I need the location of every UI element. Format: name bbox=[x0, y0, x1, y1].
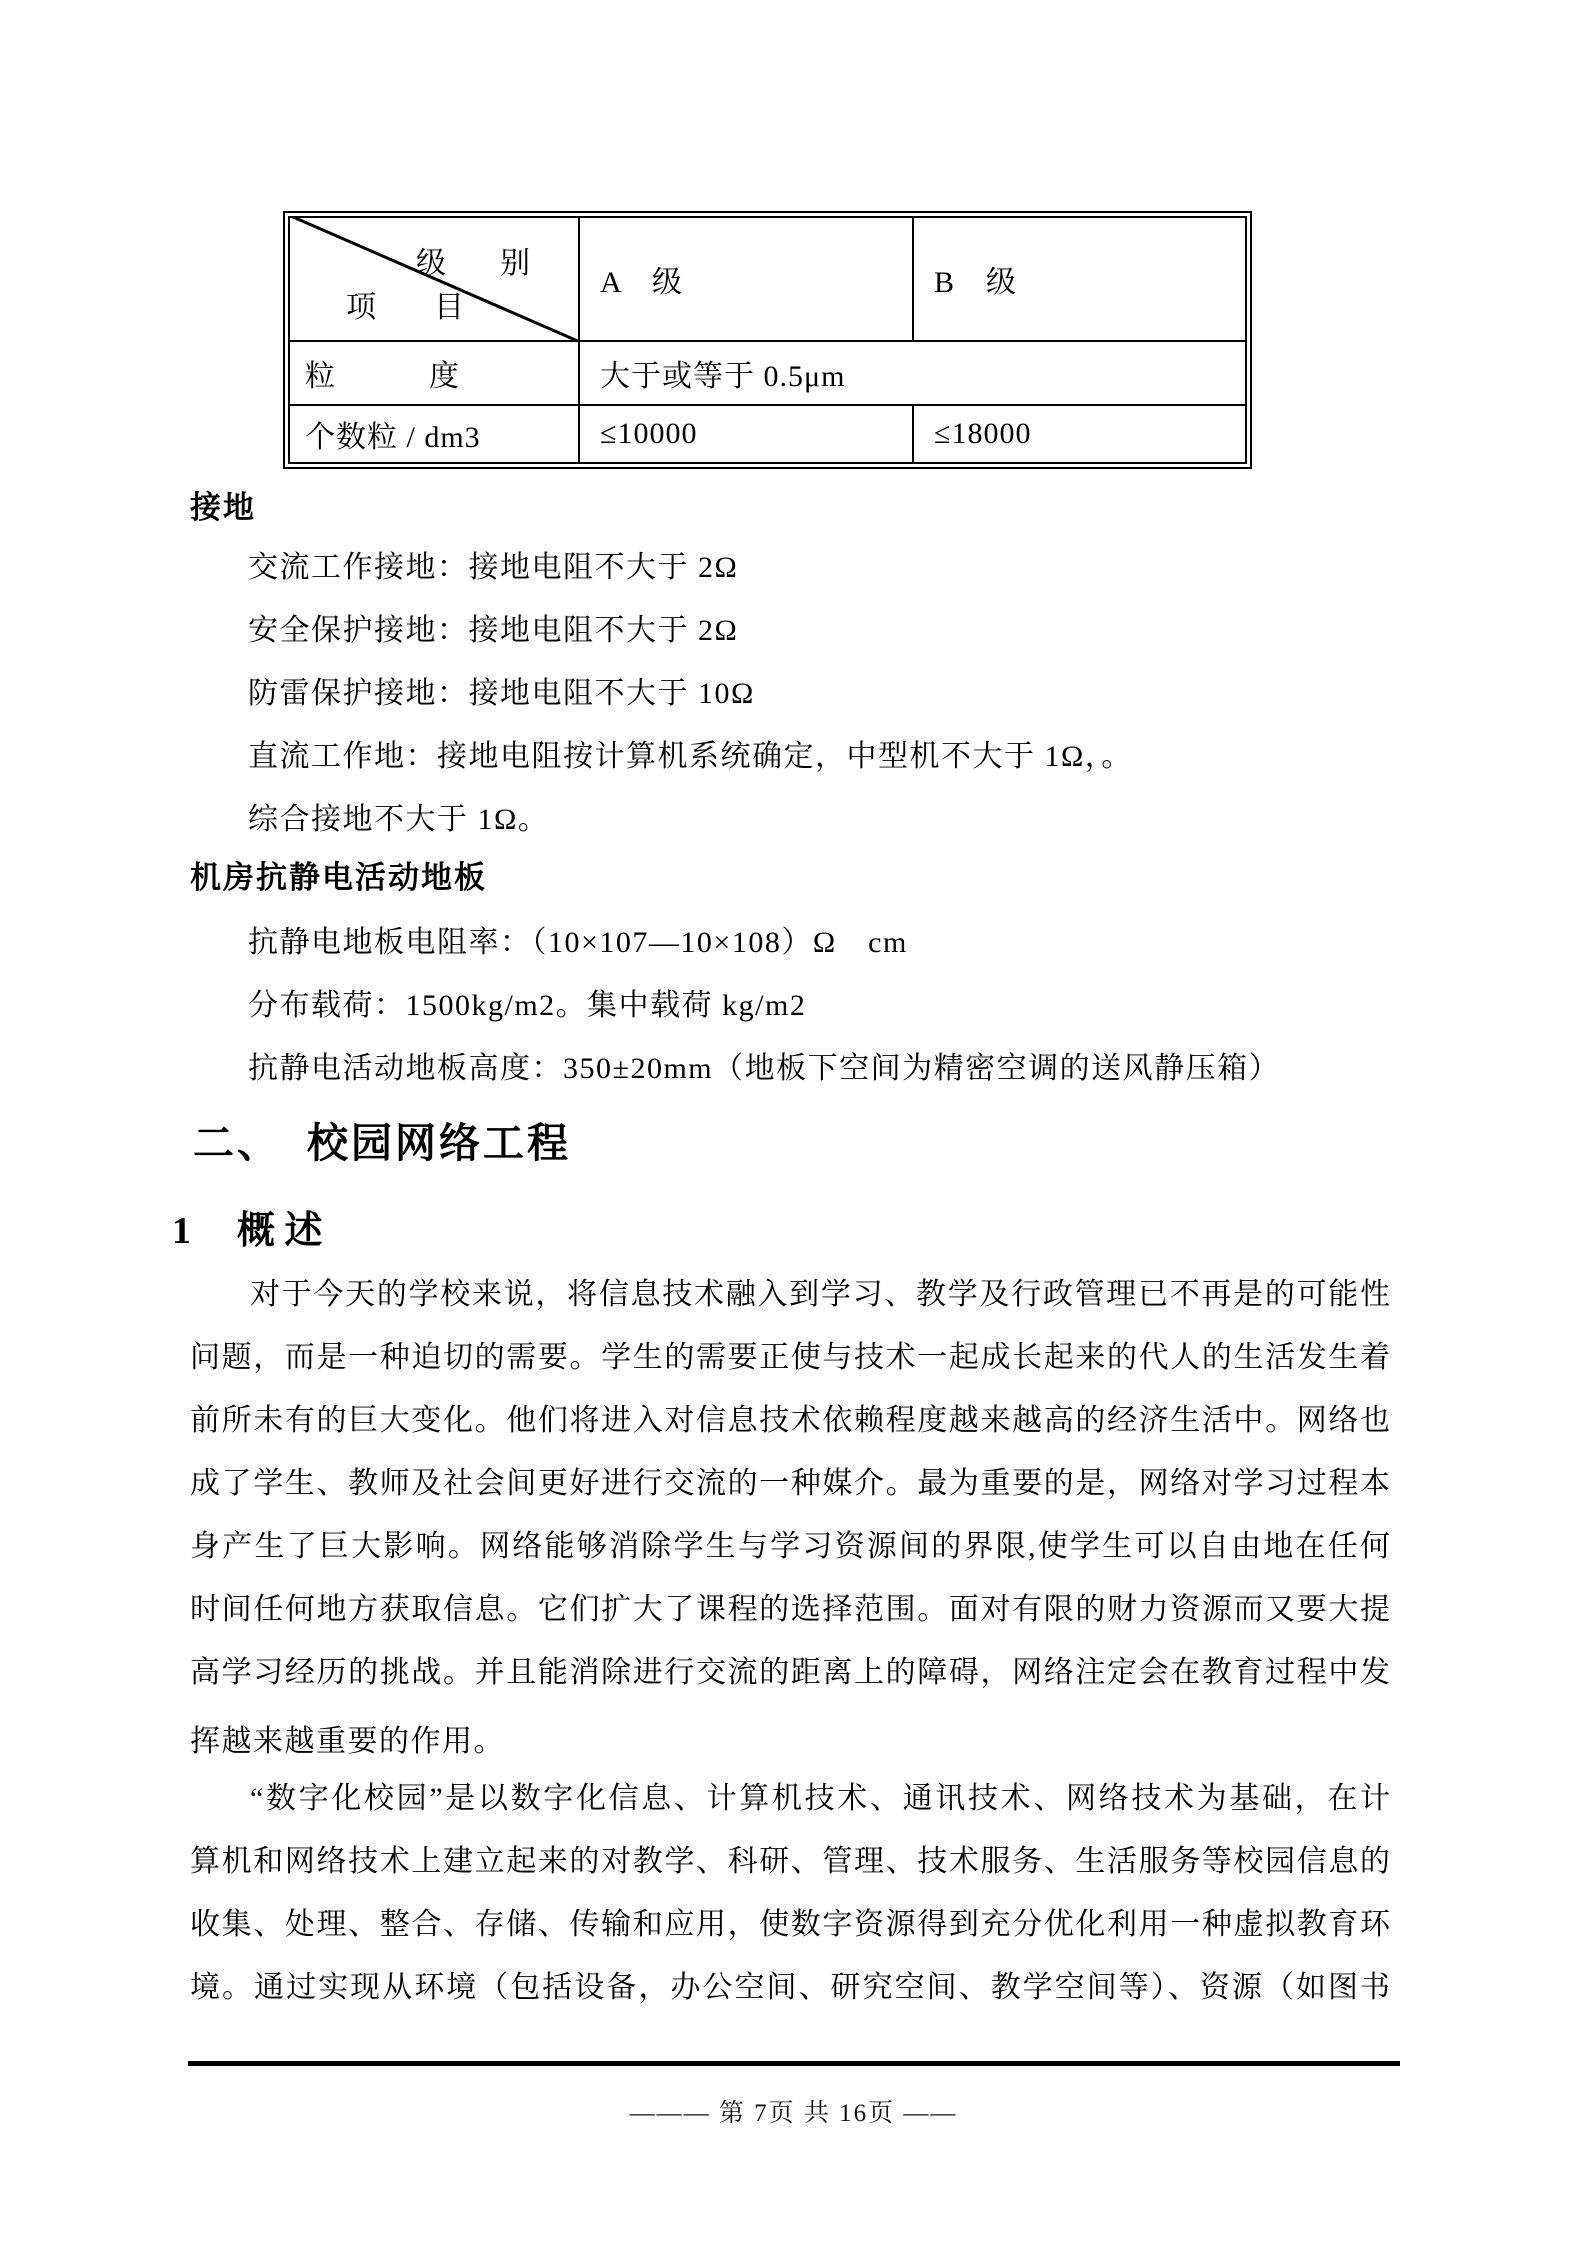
spec-line: 抗静电地板电阻率：（10×107—10×108）Ω cm bbox=[248, 924, 908, 962]
row-granularity-value: 大于或等于 0.5μm bbox=[579, 341, 1246, 405]
spec-table: 级 别 项 目 A 级 B 级 粒 度 大于或等于 0.5μm 个数粒 / dm… bbox=[283, 211, 1252, 469]
row-particles-value-a: ≤10000 bbox=[579, 405, 913, 463]
table-corner-cell: 级 别 项 目 bbox=[289, 217, 579, 341]
chapter-number: 二、 bbox=[193, 1120, 281, 1166]
spec-line: 分布载荷：1500kg/m2。集中载荷 kg/m2 bbox=[248, 987, 806, 1025]
paragraph-line: 境。通过实现从环境（包括设备，办公空间、研究空间、教学空间等）、资源（如图书 bbox=[190, 1968, 1390, 2008]
footer-divider bbox=[188, 2061, 1400, 2066]
document-page: 级 别 项 目 A 级 B 级 粒 度 大于或等于 0.5μm 个数粒 / dm… bbox=[0, 0, 1587, 2245]
spec-line: 防雷保护接地：接地电阻不大于 10Ω bbox=[248, 675, 755, 713]
chapter-title: 校园网络工程 bbox=[307, 1120, 571, 1166]
spec-line: 抗静电活动地板高度：350±20mm（地板下空间为精密空调的送风静压箱） bbox=[248, 1050, 1280, 1088]
row-granularity-label: 粒 度 bbox=[289, 341, 579, 405]
paragraph-line: 挥越来越重要的作用。 bbox=[190, 1716, 505, 1760]
paragraph-line: 高学习经历的挑战。并且能消除进行交流的距离上的障碍，网络注定会在教育过程中发 bbox=[190, 1653, 1390, 1693]
paragraph-line: 前所未有的巨大变化。他们将进入对信息技术依赖程度越来越高的经济生活中。网络也 bbox=[190, 1401, 1390, 1441]
table-header-grade-b: B 级 bbox=[913, 217, 1246, 341]
paragraph-line: 问题，而是一种迫切的需要。学生的需要正使与技术一起成长起来的代人的生活发生着 bbox=[190, 1338, 1390, 1378]
spec-line: 交流工作接地：接地电阻不大于 2Ω bbox=[248, 549, 738, 587]
paragraph-line: 算机和网络技术上建立起来的对教学、科研、管理、技术服务、生活服务等校园信息的 bbox=[190, 1842, 1390, 1882]
heading-antistatic-floor: 机房抗静电活动地板 bbox=[190, 859, 487, 897]
table-header-grade-a: A 级 bbox=[579, 217, 913, 341]
section-heading: 1概 述 bbox=[172, 1199, 323, 1254]
paragraph-line: 收集、处理、整合、存储、传输和应用，使数字资源得到充分优化利用一种虚拟教育环 bbox=[190, 1905, 1390, 1945]
corner-label-level: 级 别 bbox=[416, 238, 542, 282]
row-particles-value-b: ≤18000 bbox=[913, 405, 1246, 463]
row-particles-label: 个数粒 / dm3 bbox=[289, 405, 579, 463]
heading-grounding: 接地 bbox=[190, 489, 256, 527]
page-number: ——— 第 7页 共 16页 —— bbox=[0, 2093, 1587, 2129]
spec-line: 直流工作地：接地电阻按计算机系统确定，中型机不大于 1Ω，。 bbox=[248, 738, 1133, 776]
spec-line: 综合接地不大于 1Ω。 bbox=[248, 801, 549, 839]
paragraph-line: “数字化校园”是以数字化信息、计算机技术、通讯技术、网络技术为基础，在计 bbox=[250, 1779, 1390, 1819]
chapter-heading: 二、校园网络工程 bbox=[193, 1110, 571, 1169]
section-number: 1 bbox=[172, 1210, 191, 1252]
paragraph-line: 对于今天的学校来说，将信息技术融入到学习、教学及行政管理已不再是的可能性 bbox=[250, 1275, 1390, 1315]
corner-label-item: 项 目 bbox=[346, 282, 478, 326]
paragraph-line: 身产生了巨大影响。网络能够消除学生与学习资源间的界限,使学生可以自由地在任何 bbox=[190, 1527, 1390, 1567]
spec-table-grid: 级 别 项 目 A 级 B 级 粒 度 大于或等于 0.5μm 个数粒 / dm… bbox=[288, 216, 1247, 464]
table-row: 粒 度 大于或等于 0.5μm bbox=[289, 341, 1246, 405]
section-title: 概 述 bbox=[237, 1210, 323, 1252]
table-row: 个数粒 / dm3 ≤10000 ≤18000 bbox=[289, 405, 1246, 463]
spec-line: 安全保护接地：接地电阻不大于 2Ω bbox=[248, 612, 738, 650]
paragraph-line: 时间任何地方获取信息。它们扩大了课程的选择范围。面对有限的财力资源而又要大提 bbox=[190, 1590, 1390, 1630]
paragraph-line: 成了学生、教师及社会间更好进行交流的一种媒介。最为重要的是，网络对学习过程本 bbox=[190, 1464, 1390, 1504]
